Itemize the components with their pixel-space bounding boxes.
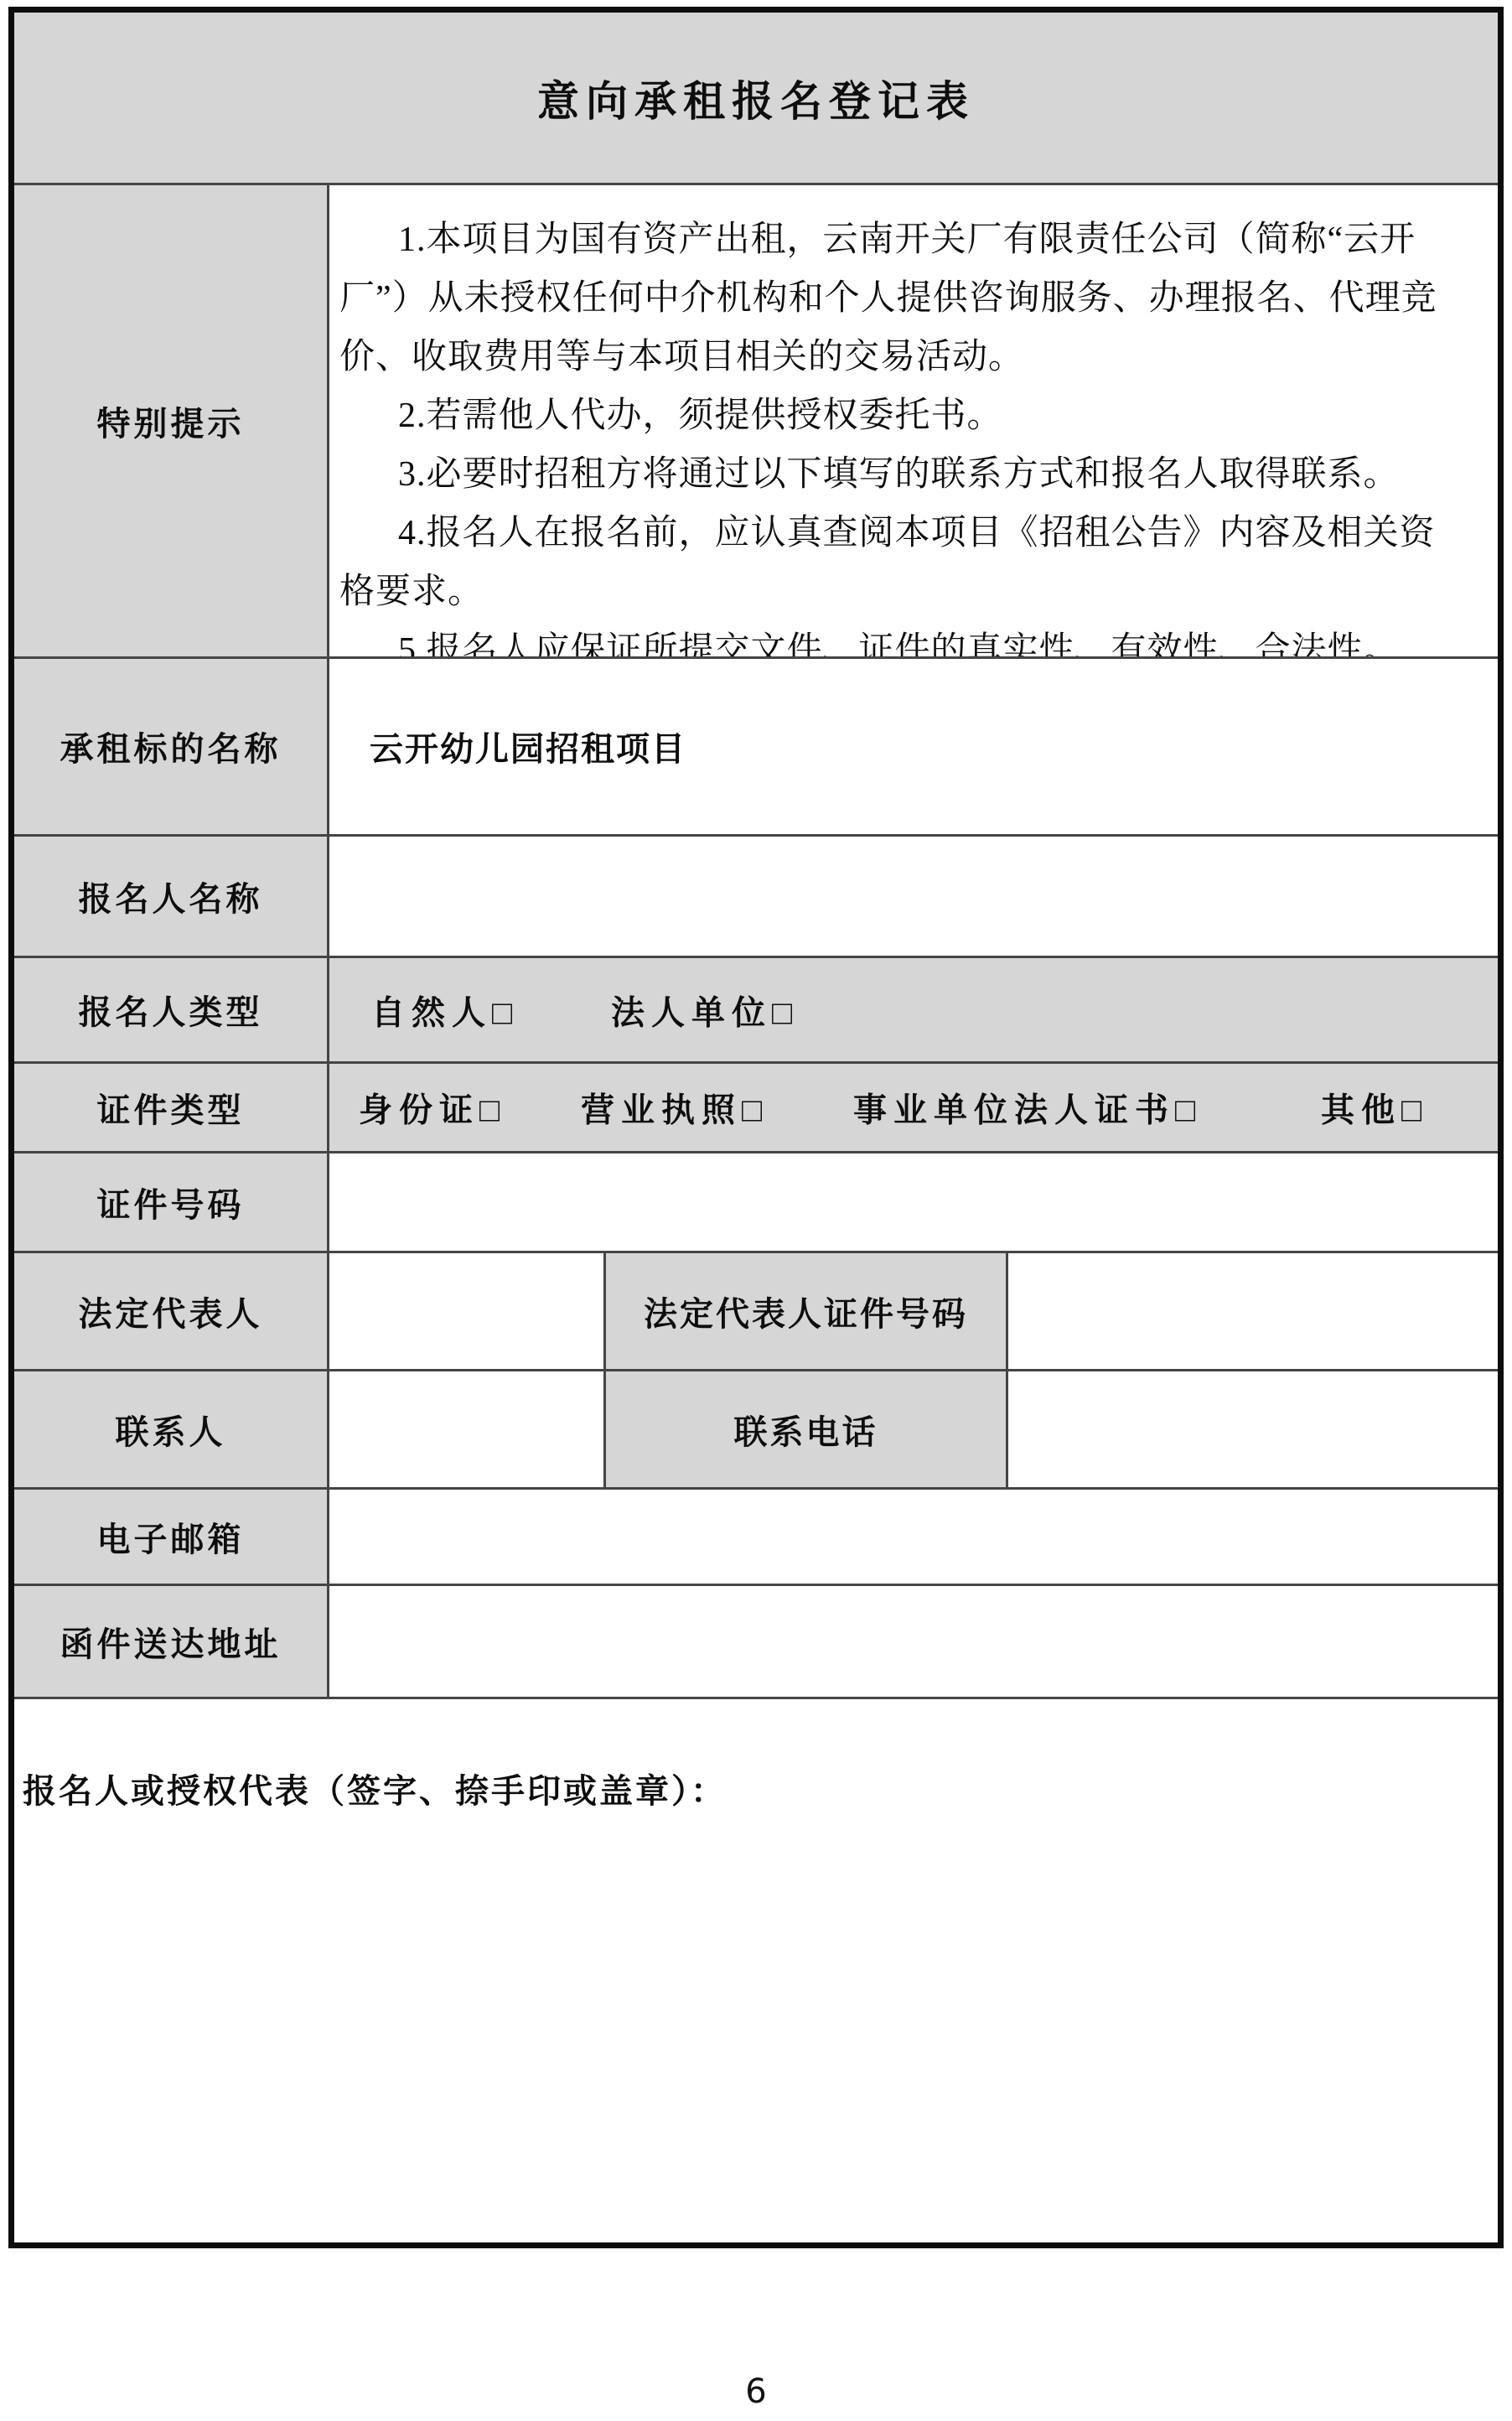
applicant-type-label: 报名人类型 [14,958,327,1061]
contact-phone-label: 联系电话 [603,1371,1006,1487]
contact-row: 联系人 联系电话 [14,1369,1498,1487]
email-value [327,1490,1498,1584]
checkbox-option-other: 其他□ [1321,1084,1428,1132]
legal-rep-label: 法定代表人 [14,1253,327,1369]
email-row: 电子邮箱 [14,1487,1498,1584]
registration-form-table: 意向承租报名登记表 特别提示 1.本项目为国有资产出租，云南开关厂有限责任公司（… [8,7,1504,2248]
title-row: 意向承租报名登记表 [14,13,1498,183]
mail-address-value [327,1586,1498,1697]
contact-phone-value [1006,1371,1498,1487]
applicant-name-value [327,837,1498,956]
legal-rep-value [327,1253,603,1369]
cert-type-label: 证件类型 [14,1064,327,1151]
cert-type-row: 证件类型 身份证□ 营业执照□ 事业单位法人证书□ 其他□ [14,1061,1498,1151]
target-name-row: 承租标的名称 云开幼儿园招租项目 [14,656,1498,834]
mail-address-label: 函件送达地址 [14,1586,327,1697]
cert-number-value [327,1153,1498,1251]
checkbox-option-legal-entity: 法人单位□ [611,986,799,1034]
signature-text: 报名人或授权代表（签字、捺手印或盖章）： [14,1699,1498,2242]
applicant-name-label: 报名人名称 [14,837,327,956]
notice-item-3: 3.必要时招租方将通过以下填写的联系方式和报名人取得联系。 [339,445,1447,504]
legal-rep-cert-value [1006,1253,1498,1369]
contact-person-label: 联系人 [14,1371,327,1487]
checkbox-option-institution-cert: 事业单位法人证书□ [853,1084,1202,1132]
mail-address-row: 函件送达地址 [14,1584,1498,1697]
signature-row: 报名人或授权代表（签字、捺手印或盖章）： [14,1697,1498,2242]
target-name-value: 云开幼儿园招租项目 [327,659,1498,834]
checkbox-option-business-license: 营业执照□ [581,1084,769,1132]
contact-person-value [327,1371,603,1487]
applicant-name-row: 报名人名称 [14,834,1498,956]
form-title: 意向承租报名登记表 [14,13,1498,183]
special-notice-label: 特别提示 [14,185,327,656]
document-page: 意向承租报名登记表 特别提示 1.本项目为国有资产出租，云南开关厂有限责任公司（… [0,0,1512,2421]
target-name-label: 承租标的名称 [14,659,327,834]
cert-number-row: 证件号码 [14,1151,1498,1251]
notice-item-4: 4.报名人在报名前，应认真查阅本项目《招租公告》内容及相关资格要求。 [339,504,1447,621]
legal-rep-cert-label: 法定代表人证件号码 [603,1253,1006,1369]
applicant-type-options: 自然人□ 法人单位□ [327,958,1498,1061]
applicant-type-row: 报名人类型 自然人□ 法人单位□ [14,956,1498,1061]
cert-type-options: 身份证□ 营业执照□ 事业单位法人证书□ 其他□ [327,1064,1498,1151]
notice-item-2: 2.若需他人代办，须提供授权委托书。 [339,386,1447,445]
email-label: 电子邮箱 [14,1490,327,1584]
checkbox-option-natural-person: 自然人□ [371,986,519,1034]
special-notice-row: 特别提示 1.本项目为国有资产出租，云南开关厂有限责任公司（简称“云开厂”）从未… [14,183,1498,656]
special-notice-body: 1.本项目为国有资产出租，云南开关厂有限责任公司（简称“云开厂”）从未授权任何中… [327,185,1498,656]
legal-rep-row: 法定代表人 法定代表人证件号码 [14,1251,1498,1369]
page-number: 6 [0,2372,1512,2411]
notice-item-1: 1.本项目为国有资产出租，云南开关厂有限责任公司（简称“云开厂”）从未授权任何中… [339,210,1447,386]
cert-number-label: 证件号码 [14,1153,327,1251]
checkbox-option-id-card: 身份证□ [359,1084,506,1132]
